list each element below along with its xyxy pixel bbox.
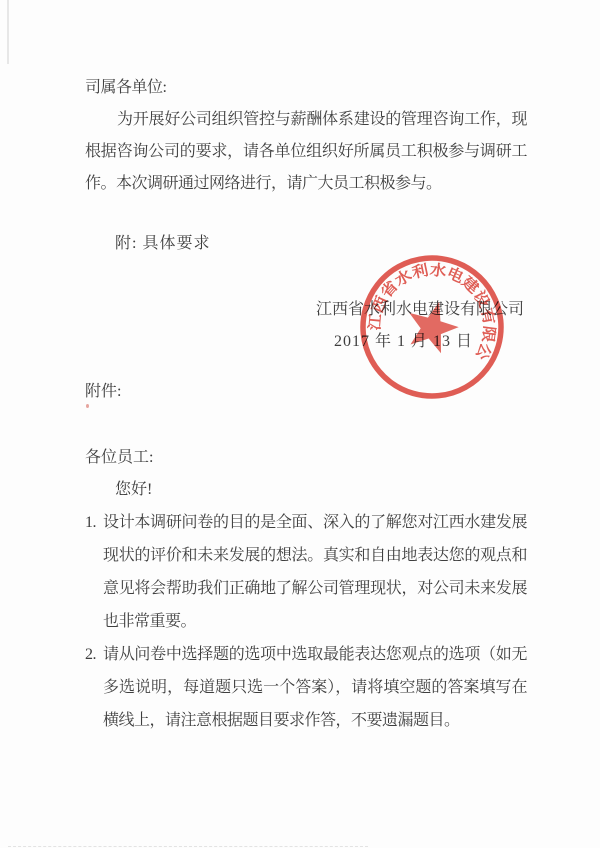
notice-body-paragraph: 为开展好公司组织管控与薪酬体系建设的管理咨询工作，现根据咨询公司的要求，请各单位… [85, 104, 527, 200]
notice-salutation: 司属各单位: [85, 72, 527, 104]
list-item-number: 2. [85, 638, 103, 737]
instruction-list: 1. 设计本调研问卷的目的是全面、深入的了解您对江西水建发展现状的评价和未来发展… [85, 506, 527, 737]
list-item: 2. 请从问卷中选择题的选项中选取最能表达您观点的选项（如无多选说明，每道题只选… [85, 638, 527, 737]
list-item-text: 设计本调研问卷的目的是全面、深入的了解您对江西水建发展现状的评价和未来发展的想法… [103, 506, 527, 638]
scanned-document-page: 司属各单位: 为开展好公司组织管控与薪酬体系建设的管理咨询工作，现根据咨询公司的… [0, 0, 600, 848]
list-item: 1. 设计本调研问卷的目的是全面、深入的了解您对江西水建发展现状的评价和未来发展… [85, 506, 527, 638]
scan-edge-artifact-bottom [8, 846, 368, 847]
attachment-note: 附: 具体要求 [85, 228, 527, 260]
signature-company-name: 江西省水利水电建设有限公司 [85, 294, 527, 326]
scan-edge-artifact-left [7, 0, 9, 64]
signature-date: 2017 年 1 月 13 日 [85, 326, 527, 358]
list-item-number: 1. [85, 506, 103, 638]
signature-block: 江西省水利水电建设有限公司 2017 年 1 月 13 日 [85, 294, 527, 358]
document-body: 司属各单位: 为开展好公司组织管控与薪酬体系建设的管理咨询工作，现根据咨询公司的… [85, 72, 527, 737]
attachment-label: 附件: [85, 376, 527, 408]
attachment-salutation: 各位员工: [85, 442, 527, 474]
attachment-greeting: 您好! [85, 474, 527, 506]
list-item-text: 请从问卷中选择题的选项中选取最能表达您观点的选项（如无多选说明，每道题只选一个答… [103, 638, 527, 737]
